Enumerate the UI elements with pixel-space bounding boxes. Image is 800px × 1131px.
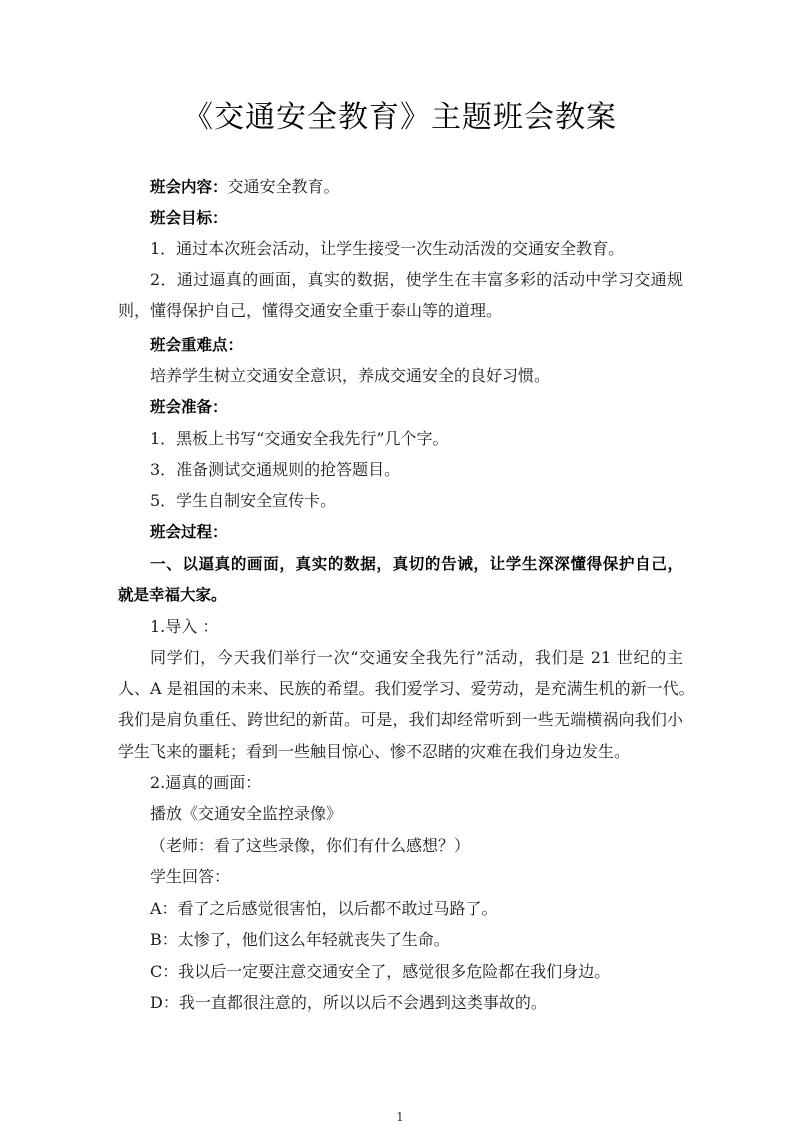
intro-paragraph-line-4: 学生飞来的噩耗；看到一些触目惊心、惨不忍睹的灾难在我们身边发生。 — [118, 741, 630, 763]
answer-a: A：看了之后感觉很害怕，以后都不敢过马路了。 — [150, 898, 498, 920]
goal-2-line-1: 2．通过逼真的画面，真实的数据，使学生在丰富多彩的活动中学习交通规 — [150, 269, 683, 291]
answer-d: D：我一直都很注意的，所以以后不会遇到这类事故的。 — [150, 992, 547, 1014]
intro-heading: 1.导入 ： — [150, 616, 218, 638]
prep-item-5: 5．学生自制安全宣传卡。 — [150, 490, 336, 512]
intro-paragraph-line-2: 人、A 是祖国的未来、民族的希望。我们爱学习、爱劳动，是充满生机的新一代。 — [118, 678, 683, 700]
student-answers-heading: 学生回答： — [150, 866, 230, 888]
prep-item-1: 1．黑板上书写“交通安全我先行”几个字。 — [150, 428, 449, 450]
page-number: 1 — [0, 1110, 800, 1124]
intro-paragraph-line-1: 同学们，今天我们举行一次“交通安全我先行”活动，我们是 21 世纪的主 — [150, 647, 683, 669]
process-heading: 班会过程： — [150, 521, 228, 543]
class-content-label: 班会内容： — [150, 178, 228, 196]
document-title: 《交通安全教育》主题班会教案 — [0, 96, 800, 140]
goal-1: 1．通过本次班会活动，让学生接受一次生动活泼的交通安全教育。 — [150, 238, 624, 260]
realistic-scene-heading: 2.逼真的画面： — [150, 772, 261, 794]
document-page: 《交通安全教育》主题班会教案 班会内容：交通安全教育。 班会目标： 1．通过本次… — [0, 0, 800, 1131]
class-content-line: 班会内容：交通安全教育。 — [150, 176, 340, 198]
play-video-line: 播放《交通安全监控录像》 — [150, 803, 342, 825]
prep-item-3: 3．准备测试交通规则的抢答题目。 — [150, 459, 400, 481]
key-points-text: 培养学生树立交通安全意识，养成交通安全的良好习惯。 — [150, 365, 550, 387]
key-points-heading: 班会重难点： — [150, 334, 243, 356]
section-1-heading-line-1: 一、以逼真的画面，真实的数据，真切的告诫，让学生深深懂得保护自己， — [150, 553, 683, 575]
answer-c: C：我以后一定要注意交通安全了，感觉很多危险都在我们身边。 — [150, 961, 610, 983]
answer-b: B：太惨了，他们这么年轻就丧失了生命。 — [150, 929, 450, 951]
goals-heading: 班会目标： — [150, 207, 228, 229]
section-1-heading-line-2: 就是幸福大家。 — [118, 584, 227, 606]
goal-2-line-2: 则，懂得保护自己，懂得交通安全重于泰山等的道理。 — [118, 300, 502, 322]
teacher-question: （老师：看了这些录像，你们有什么感想？） — [150, 835, 470, 857]
class-content-value: 交通安全教育。 — [228, 177, 340, 196]
intro-paragraph-line-3: 我们是肩负重任、跨世纪的新苗。可是，我们却经常听到一些无端横祸向我们小 — [118, 709, 683, 731]
preparation-heading: 班会准备： — [150, 396, 228, 418]
